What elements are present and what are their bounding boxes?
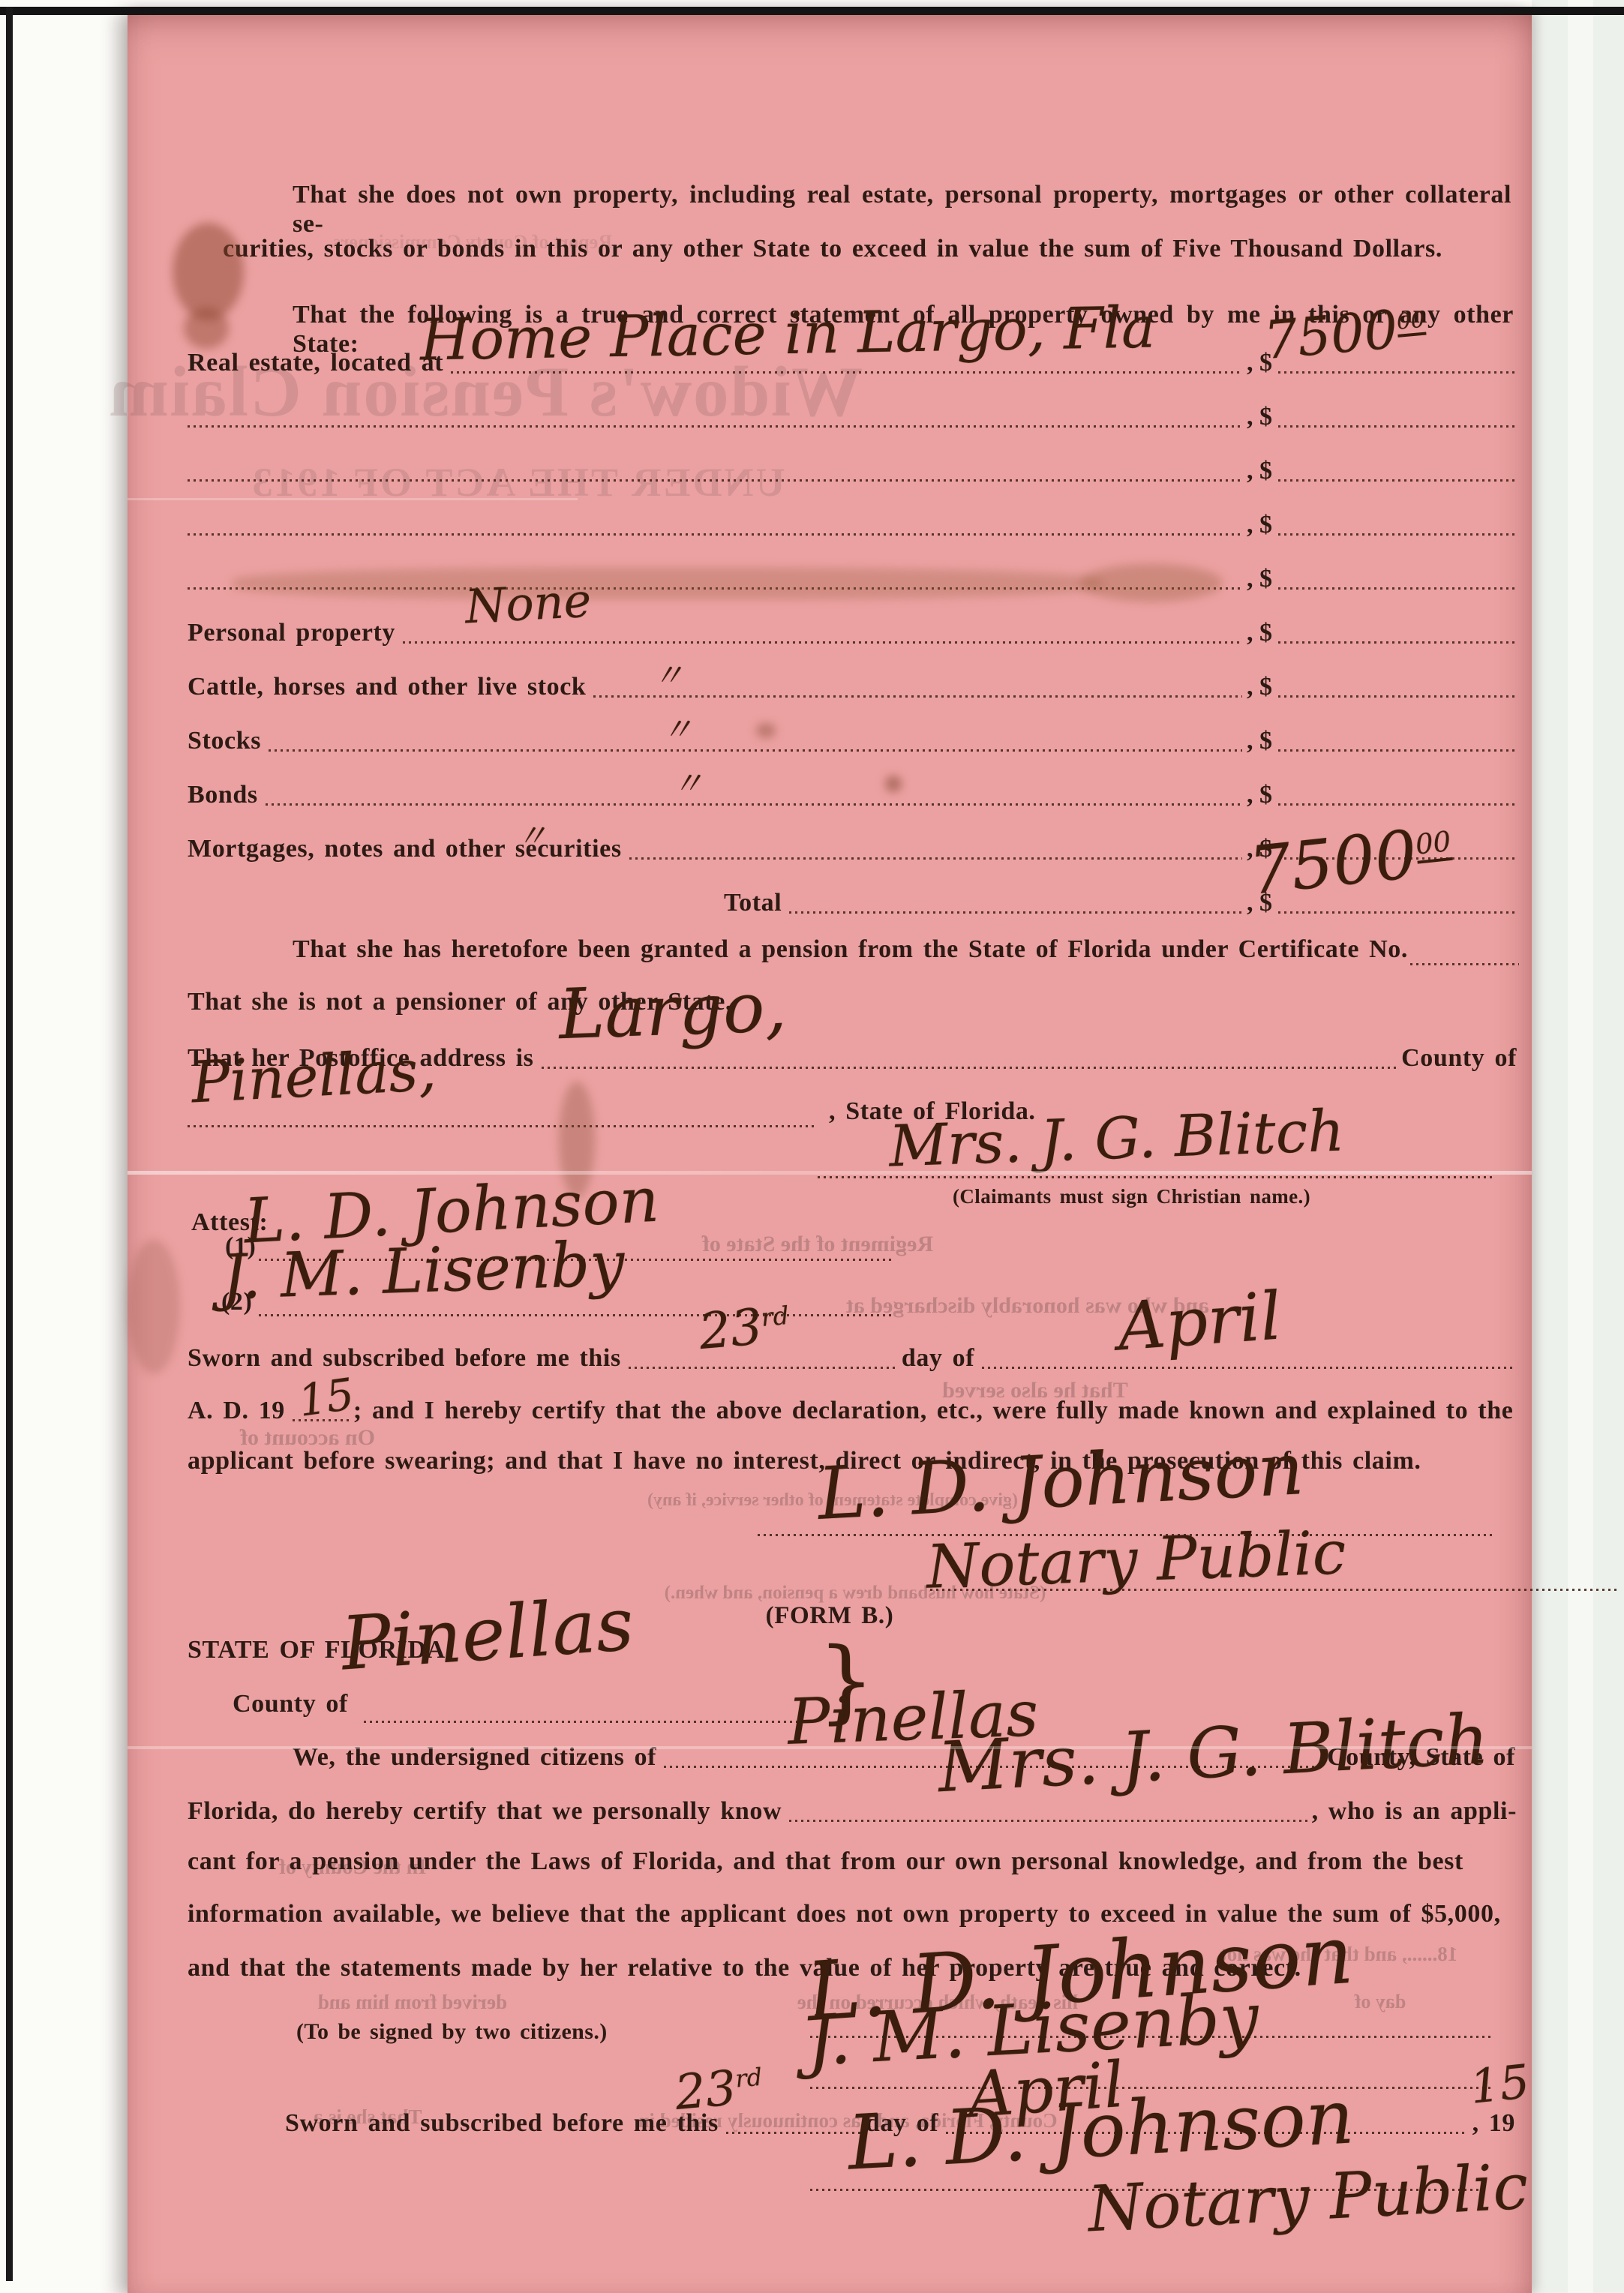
dotted-line <box>1278 479 1517 482</box>
row-stocks: Stocks , $ <box>188 724 1517 755</box>
handwriting-month-1: April <box>1115 1283 1283 1360</box>
dotted-line <box>1278 749 1517 752</box>
dotted-line <box>726 2132 861 2134</box>
row-label: Total <box>724 889 782 917</box>
certificate-paragraph: That she has heretofore been granted a p… <box>293 935 1408 964</box>
dotted-line <box>188 587 1242 590</box>
dotted-line <box>259 1314 893 1316</box>
sworn-lead: Sworn and subscribed before me this <box>188 1344 621 1373</box>
dotted-line <box>1278 695 1517 698</box>
dotted-line <box>593 695 1242 698</box>
dotted-line <box>1278 371 1517 374</box>
row-personal-property: Personal property , $ <box>188 616 1517 647</box>
paper-edge-band <box>1568 0 1593 2293</box>
certify-line1: ; and I hereby certify that the above de… <box>353 1397 1514 1425</box>
dotted-line <box>1278 587 1517 590</box>
dotted-line <box>1278 803 1517 806</box>
day-of-label: day of <box>902 1344 974 1373</box>
personally-know-tail: , who is an appli- <box>1312 1797 1517 1826</box>
stain <box>128 1239 180 1374</box>
row-label: Real estate, located at <box>188 349 443 377</box>
currency-label: , $ <box>1247 565 1272 593</box>
claimant-caption: (Claimants must sign Christian name.) <box>953 1185 1310 1208</box>
dotted-line <box>789 911 1242 914</box>
dotted-line <box>403 641 1242 644</box>
scanned-document: { "colors": { "paper": "#eba1a1", "ink":… <box>0 0 1624 2293</box>
cents-superscript: 00 <box>1396 306 1427 337</box>
handwriting-ditto-bonds: 〃 <box>672 768 704 800</box>
stain <box>184 308 229 349</box>
row-blank: , $ <box>188 562 1517 593</box>
notary1-title: Notary Public <box>926 1523 1347 1597</box>
personally-know-lead: Florida, do hereby certify that we perso… <box>188 1797 782 1826</box>
handwriting-year-1: 15 <box>296 1372 356 1423</box>
currency-label: , $ <box>1247 619 1272 647</box>
fold-crease <box>128 1171 1532 1175</box>
row-cattle: Cattle, horses and other live stock , $ <box>188 670 1517 701</box>
dotted-line <box>451 371 1242 374</box>
handwriting-ditto-cattle: 〃 <box>653 660 684 692</box>
currency-label: , $ <box>1247 457 1272 485</box>
bleedthrough-derived: derived from him and <box>218 1991 608 2014</box>
citizens-caption: (To be signed by two citizens.) <box>296 2019 608 2045</box>
declaration-no-property-line2: curities, stocks or bonds in this or any… <box>223 234 1442 263</box>
sworn-row-1: Sworn and subscribed before me this day … <box>188 1341 1517 1373</box>
witness2-signature: J. M. Lisenby <box>221 1234 626 1310</box>
dotted-line <box>789 1820 1307 1822</box>
cert-line3: cant for a pension under the Laws of Flo… <box>188 1847 1463 1876</box>
currency-label: , $ <box>1247 781 1272 809</box>
dotted-line <box>982 1367 1512 1369</box>
handwriting-personal-property: None <box>464 578 592 631</box>
row-blank: , $ <box>188 400 1517 431</box>
row-label: Stocks <box>188 727 261 755</box>
handwriting-real-estate-value: Home Place in Largo, Fla <box>419 299 1155 368</box>
row-label: Cattle, horses and other live stock <box>188 673 586 701</box>
handwriting-year-2: 15 <box>1468 2058 1532 2111</box>
dotted-line <box>542 1067 1397 1069</box>
dotted-line <box>188 425 1242 428</box>
dotted-line <box>364 1721 814 1723</box>
dotted-line <box>629 1367 897 1369</box>
row-label: Bonds <box>188 781 258 809</box>
dotted-line <box>188 479 1242 482</box>
currency-label: , $ <box>1247 673 1272 701</box>
dotted-line <box>188 533 1242 536</box>
handwriting-county-pinellas: Pinellas, <box>190 1042 437 1112</box>
handwriting-day-2: 23rd <box>673 2062 764 2117</box>
sworn2-lead: Sworn and subscribed before me this <box>285 2109 719 2138</box>
scanner-frame-top <box>0 7 1624 15</box>
certify-row: A. D. 19 ; and I hereby certify that the… <box>188 1394 1517 1425</box>
day-suffix: rd <box>734 2063 764 2093</box>
currency-label: , $ <box>1247 511 1272 539</box>
scanner-frame-left <box>6 7 13 2281</box>
undersigned-lead: We, the undersigned citizens of <box>293 1743 656 1772</box>
dotted-line <box>269 749 1242 752</box>
document-page: Report of County Commissioners Widow's P… <box>128 9 1532 2293</box>
cents-superscript: 00 <box>1414 825 1453 864</box>
handwriting-ditto-mortgages: 〃 <box>516 821 548 852</box>
personally-know-row: Florida, do hereby certify that we perso… <box>188 1794 1517 1826</box>
dotted-line <box>1278 425 1517 428</box>
row-label: Mortgages, notes and other securities <box>188 835 622 863</box>
form-b-heading: (FORM B.) <box>128 1602 1532 1631</box>
handwriting-state-pinellas: Pinellas <box>339 1588 636 1682</box>
bleedthrough-regiment: Regiment of the State of <box>623 1232 1013 1257</box>
row-blank: , $ <box>188 508 1517 539</box>
ad-label: A. D. 19 <box>188 1397 285 1425</box>
row-bonds: Bonds , $ <box>188 778 1517 809</box>
dotted-line <box>266 803 1242 806</box>
handwriting-ditto-stocks: 〃 <box>662 714 693 746</box>
handwriting-day-1: 23rd <box>697 1300 791 1357</box>
scan-right-margin <box>1532 0 1624 2293</box>
row-label: Personal property <box>188 619 395 647</box>
dotted-line <box>1278 911 1517 914</box>
county-of-label: County of <box>1401 1044 1517 1073</box>
form-b-county-label: County of <box>233 1689 348 1718</box>
claimant-signature: Mrs. J. G. Blitch <box>888 1102 1345 1175</box>
currency-label: , $ <box>1247 727 1272 755</box>
dotted-line <box>1278 533 1517 536</box>
row-blank: , $ <box>188 454 1517 485</box>
dotted-line <box>1410 963 1519 965</box>
currency-label: , $ <box>1247 403 1272 431</box>
dotted-line <box>1278 641 1517 644</box>
declaration-no-property-line1: That she does not own property, includin… <box>293 180 1511 239</box>
dotted-line <box>188 1125 818 1127</box>
handwriting-postoffice-largo: Largo, <box>557 973 787 1050</box>
day-suffix: rd <box>760 1301 790 1332</box>
dotted-line <box>629 857 1242 860</box>
